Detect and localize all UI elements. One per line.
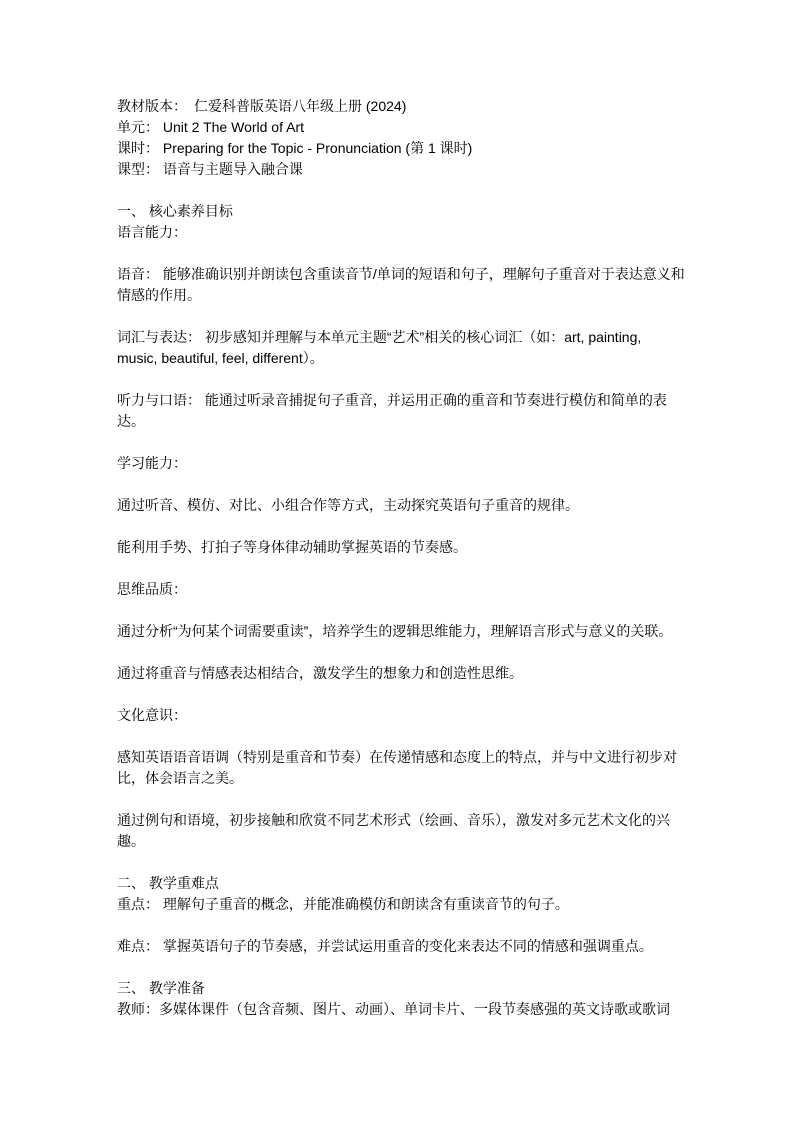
meta-line-textbook: 教材版本： 仁爱科普版英语八年级上册 (2024) bbox=[117, 96, 685, 117]
para-listening-speaking-goal: 听力与口语： 能通过听录音捕捉句子重音，并运用正确的重音和节奏进行模仿和简单的表… bbox=[117, 390, 685, 432]
section2-heading: 二、 教学重难点 bbox=[117, 873, 685, 894]
subheading-learning-ability: 学习能力： bbox=[117, 453, 685, 474]
section3-header: 三、 教学准备 教师：多媒体课件（包含音频、图片、动画）、单词卡片、一段节奏感强… bbox=[117, 978, 685, 1020]
section1-subheading-language-ability: 语言能力： bbox=[117, 222, 685, 243]
para-learning-methods: 通过听音、模仿、对比、小组合作等方式，主动探究英语句子重音的规律。 bbox=[117, 495, 685, 516]
subheading-cultural-awareness: 文化意识： bbox=[117, 705, 685, 726]
para-art-forms-interest: 通过例句和语境，初步接触和欣赏不同艺术形式（绘画、音乐），激发对多元艺术文化的兴… bbox=[117, 810, 685, 852]
section1-header: 一、 核心素养目标 语言能力： bbox=[117, 201, 685, 243]
para-pronunciation-goal: 语音： 能够准确识别并朗读包含重读音节/单词的短语和句子，理解句子重音对于表达意… bbox=[117, 264, 685, 306]
para-key-point: 重点： 理解句子重音的概念，并能准确模仿和朗读含有重读音节的句子。 bbox=[117, 894, 685, 915]
para-creative-thinking: 通过将重音与情感表达相结合，激发学生的想象力和创造性思维。 bbox=[117, 663, 685, 684]
section2-header: 二、 教学重难点 重点： 理解句子重音的概念，并能准确模仿和朗读含有重读音节的句… bbox=[117, 873, 685, 915]
para-teacher-preparation: 教师：多媒体课件（包含音频、图片、动画）、单词卡片、一段节奏感强的英文诗歌或歌词 bbox=[117, 999, 685, 1020]
para-body-rhythm: 能利用手势、打拍子等身体律动辅助掌握英语的节奏感。 bbox=[117, 537, 685, 558]
meta-line-unit: 单元： Unit 2 The World of Art bbox=[117, 117, 685, 138]
para-difficult-point: 难点： 掌握英语句子的节奏感，并尝试运用重音的变化来表达不同的情感和强调重点。 bbox=[117, 936, 685, 957]
section3-heading: 三、 教学准备 bbox=[117, 978, 685, 999]
section1-heading: 一、 核心素养目标 bbox=[117, 201, 685, 222]
document-page: 教材版本： 仁爱科普版英语八年级上册 (2024) 单元： Unit 2 The… bbox=[0, 0, 794, 1123]
para-vocabulary-goal: 词汇与表达： 初步感知并理解与本单元主题“艺术”相关的核心词汇（如：art, p… bbox=[117, 327, 685, 369]
meta-line-lesson-type: 课型： 语音与主题导入融合课 bbox=[117, 159, 685, 180]
meta-line-period: 课时： Preparing for the Topic - Pronunciat… bbox=[117, 138, 685, 159]
subheading-thinking-quality: 思维品质： bbox=[117, 579, 685, 600]
para-intonation-culture: 感知英语语音语调（特别是重音和节奏）在传递情感和态度上的特点，并与中文进行初步对… bbox=[117, 747, 685, 789]
lesson-meta: 教材版本： 仁爱科普版英语八年级上册 (2024) 单元： Unit 2 The… bbox=[117, 96, 685, 180]
para-logical-thinking: 通过分析“为何某个词需要重读”，培养学生的逻辑思维能力，理解语言形式与意义的关联… bbox=[117, 621, 685, 642]
